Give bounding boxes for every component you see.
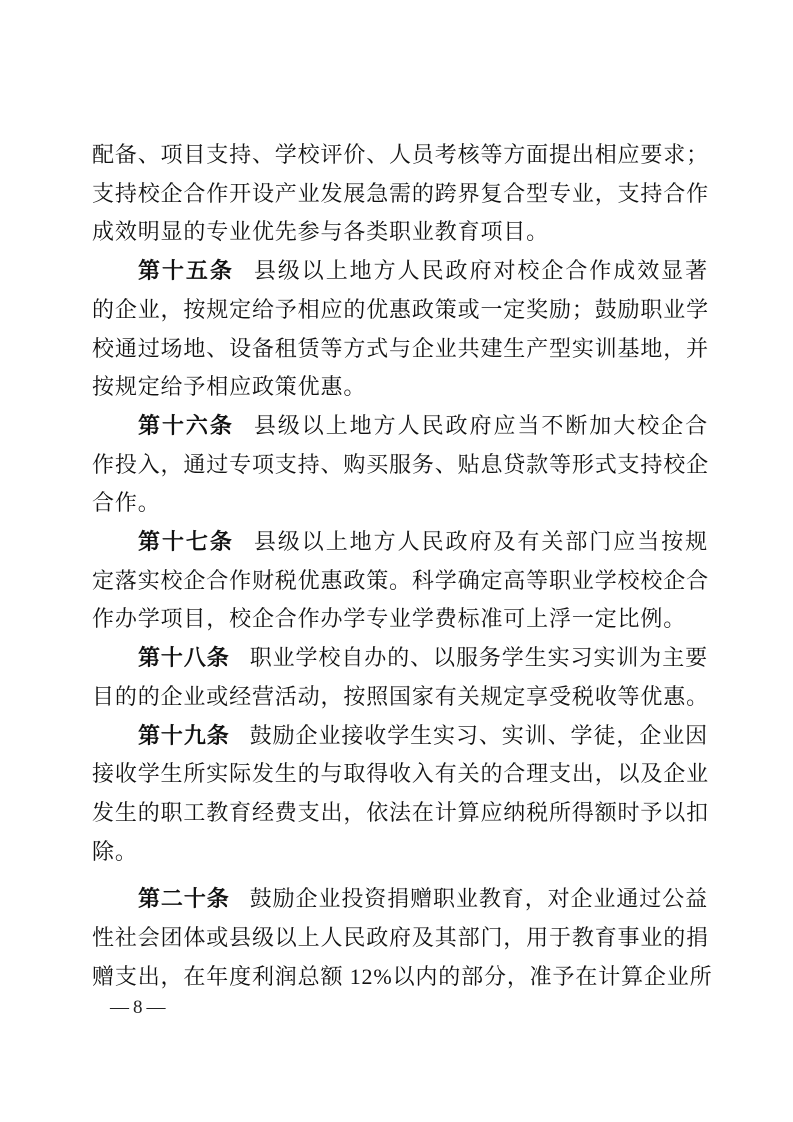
paragraph: 第十九条鼓励企业接收学生实习、实训、学徒，企业因接收学生所实际发生的与取得收入有…	[92, 717, 708, 872]
line-text: 鼓励企业投资捐赠职业教育，对企业通过公益	[250, 886, 708, 911]
text-line: 性社会团体或县级以上人民政府及其部门，用于教育事业的捐	[92, 919, 708, 958]
line-text: 按规定给予相应政策优惠。	[92, 374, 366, 399]
text-line: 配备、项目支持、学校评价、人员考核等方面提出相应要求；	[92, 136, 708, 175]
text-line: 支持校企合作开设产业发展急需的跨界复合型专业，支持合作	[92, 175, 708, 214]
text-line: 定落实校企合作财税优惠政策。科学确定高等职业学校校企合	[92, 562, 708, 601]
text-line: 校通过场地、设备租赁等方式与企业共建生产型实训基地，并	[92, 330, 708, 369]
text-line: 第十八条职业学校自办的、以服务学生实习实训为主要	[92, 639, 708, 678]
text-line: 第十六条县级以上地方人民政府应当不断加大校企合	[92, 407, 708, 446]
paragraph: 配备、项目支持、学校评价、人员考核等方面提出相应要求；支持校企合作开设产业发展急…	[92, 136, 708, 252]
text-line: 第十九条鼓励企业接收学生实习、实训、学徒，企业因	[92, 717, 708, 756]
text-line: 作投入，通过专项支持、购买服务、贴息贷款等形式支持校企	[92, 446, 708, 485]
article-number: 第十九条	[138, 723, 230, 748]
text-line: 目的的企业或经营活动，按照国家有关规定享受税收等优惠。	[92, 678, 708, 717]
line-text: 职业学校自办的、以服务学生实习实训为主要	[250, 645, 708, 670]
paragraph: 第十七条县级以上地方人民政府及有关部门应当按规定落实校企合作财税优惠政策。科学确…	[92, 523, 708, 639]
page-footer: —8—	[110, 997, 170, 1019]
paragraph: 第十五条县级以上地方人民政府对校企合作成效显著的企业，按规定给予相应的优惠政策或…	[92, 252, 708, 407]
document-page: 配备、项目支持、学校评价、人员考核等方面提出相应要求；支持校企合作开设产业发展急…	[0, 0, 793, 1122]
line-text: 作投入，通过专项支持、购买服务、贴息贷款等形式支持校企	[92, 452, 709, 477]
paragraph: 第二十条鼓励企业投资捐赠职业教育，对企业通过公益性社会团体或县级以上人民政府及其…	[92, 880, 708, 996]
line-text: 目的的企业或经营活动，按照国家有关规定享受税收等优惠。	[92, 684, 709, 709]
line-text: 合作。	[92, 490, 161, 515]
line-text: 县级以上地方人民政府对校企合作成效显著	[254, 258, 708, 283]
text-line: 按规定给予相应政策优惠。	[92, 368, 708, 407]
text-line: 合作。	[92, 484, 708, 523]
line-text: 定落实校企合作财税优惠政策。科学确定高等职业学校校企合	[92, 568, 709, 593]
text-line: 第十五条县级以上地方人民政府对校企合作成效显著	[92, 252, 708, 291]
line-text: 赠支出，在年度利润总额 12%以内的部分，准予在计算企业所	[92, 964, 712, 989]
document-body: 配备、项目支持、学校评价、人员考核等方面提出相应要求；支持校企合作开设产业发展急…	[92, 0, 708, 996]
line-text: 作办学项目，校企合作办学专业学费标准可上浮一定比例。	[92, 606, 686, 631]
text-line: 的企业，按规定给予相应的优惠政策或一定奖励；鼓励职业学	[92, 291, 708, 330]
line-text: 成效明显的专业优先参与各类职业教育项目。	[92, 219, 549, 244]
line-text: 县级以上地方人民政府及有关部门应当按规	[254, 529, 708, 554]
text-line: 第十七条县级以上地方人民政府及有关部门应当按规	[92, 523, 708, 562]
line-text: 除。	[92, 839, 138, 864]
text-line: 成效明显的专业优先参与各类职业教育项目。	[92, 213, 708, 252]
line-text: 接收学生所实际发生的与取得收入有关的合理支出，以及企业	[92, 761, 709, 786]
page-number: —8—	[110, 997, 170, 1018]
article-number: 第十五条	[138, 258, 234, 283]
article-number: 第二十条	[138, 886, 230, 911]
paragraph: 第十八条职业学校自办的、以服务学生实习实训为主要目的的企业或经营活动，按照国家有…	[92, 639, 708, 716]
article-number: 第十六条	[138, 413, 234, 438]
line-text: 配备、项目支持、学校评价、人员考核等方面提出相应要求；	[92, 142, 709, 167]
line-text: 性社会团体或县级以上人民政府及其部门，用于教育事业的捐	[92, 925, 709, 950]
text-line: 作办学项目，校企合作办学专业学费标准可上浮一定比例。	[92, 600, 708, 639]
line-text: 的企业，按规定给予相应的优惠政策或一定奖励；鼓励职业学	[92, 297, 709, 322]
text-line: 第二十条鼓励企业投资捐赠职业教育，对企业通过公益	[92, 880, 708, 919]
text-line: 赠支出，在年度利润总额 12%以内的部分，准予在计算企业所	[92, 958, 708, 997]
line-text: 发生的职工教育经费支出，依法在计算应纳税所得额时予以扣	[92, 800, 709, 825]
paragraph: 第十六条县级以上地方人民政府应当不断加大校企合作投入，通过专项支持、购买服务、贴…	[92, 407, 708, 523]
article-number: 第十七条	[138, 529, 234, 554]
line-text: 校通过场地、设备租赁等方式与企业共建生产型实训基地，并	[92, 336, 709, 361]
text-line: 接收学生所实际发生的与取得收入有关的合理支出，以及企业	[92, 755, 708, 794]
line-text: 鼓励企业接收学生实习、实训、学徒，企业因	[250, 723, 708, 748]
text-line: 除。	[92, 833, 708, 872]
line-text: 县级以上地方人民政府应当不断加大校企合	[254, 413, 708, 438]
article-number: 第十八条	[138, 645, 230, 670]
text-line: 发生的职工教育经费支出，依法在计算应纳税所得额时予以扣	[92, 794, 708, 833]
line-text: 支持校企合作开设产业发展急需的跨界复合型专业，支持合作	[92, 181, 709, 206]
